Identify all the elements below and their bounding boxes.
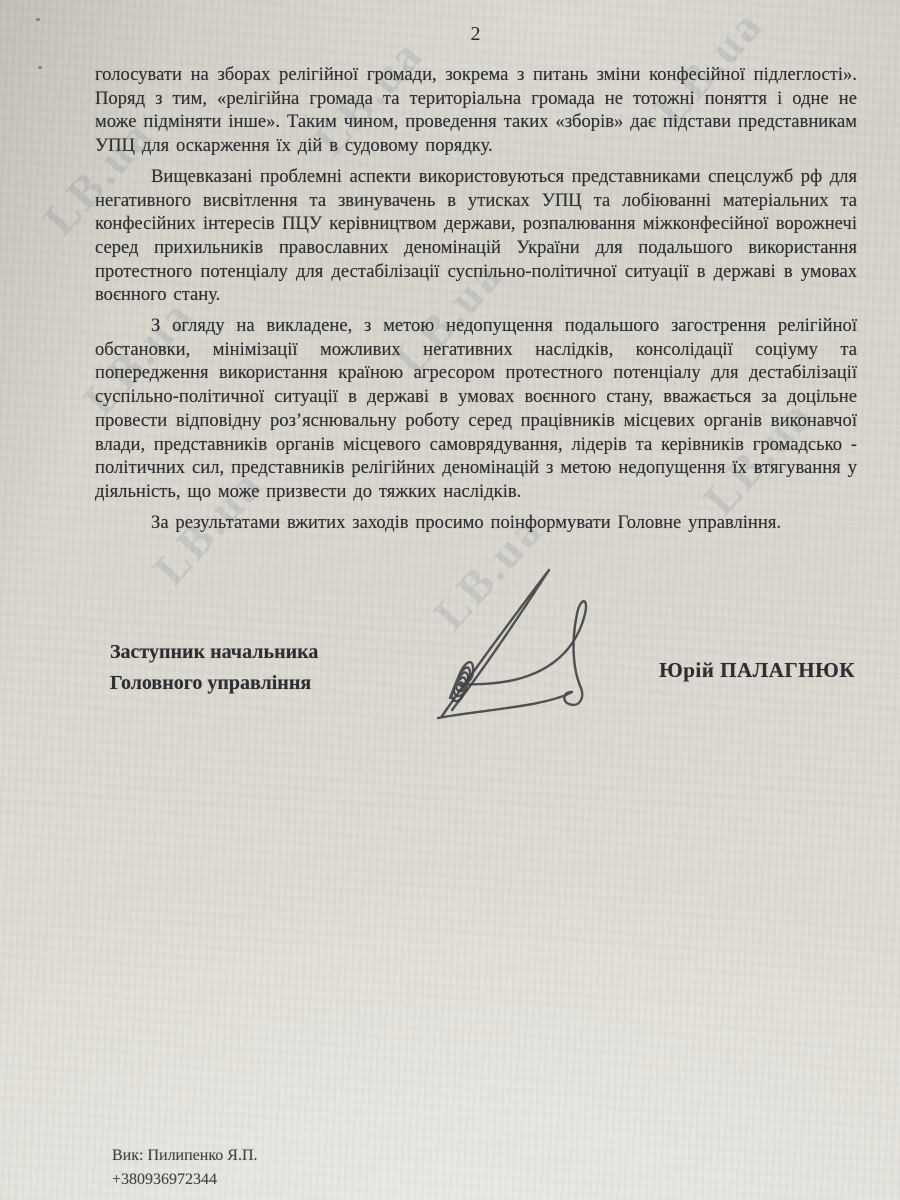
executor-name: Вик: Пилипенко Я.П. [112, 1144, 258, 1168]
paragraph: Вищевказані проблемні аспекти використов… [95, 165, 857, 307]
paper-speck [38, 66, 42, 69]
page-number: 2 [95, 23, 857, 46]
paper-speck [36, 18, 40, 21]
paper-page: LB.ua LB.ua LB.ua LB.ua LB.ua LB.ua LB.u… [0, 0, 900, 1200]
signatory-position-line2: Головного управління [110, 668, 318, 699]
paragraph: За результатами вжитих заходів просимо п… [95, 511, 857, 535]
document-body: голосувати на зборах релігійної громади,… [95, 63, 857, 541]
document-scan-page: { "page": { "number": "2", "watermark_te… [0, 0, 900, 1200]
executor-phone: +380936972344 [112, 1168, 258, 1192]
handwritten-signature [428, 556, 633, 731]
signatory-name: Юрій ПАЛАГНЮК [659, 658, 855, 683]
signatory-position: Заступник начальника Головного управлінн… [110, 637, 318, 699]
signatory-position-line1: Заступник начальника [110, 637, 318, 668]
executor-block: Вик: Пилипенко Я.П. +380936972344 [112, 1144, 258, 1192]
paragraph: голосувати на зборах релігійної громади,… [95, 63, 857, 158]
paragraph: З огляду на викладене, з метою недопущен… [95, 314, 857, 504]
